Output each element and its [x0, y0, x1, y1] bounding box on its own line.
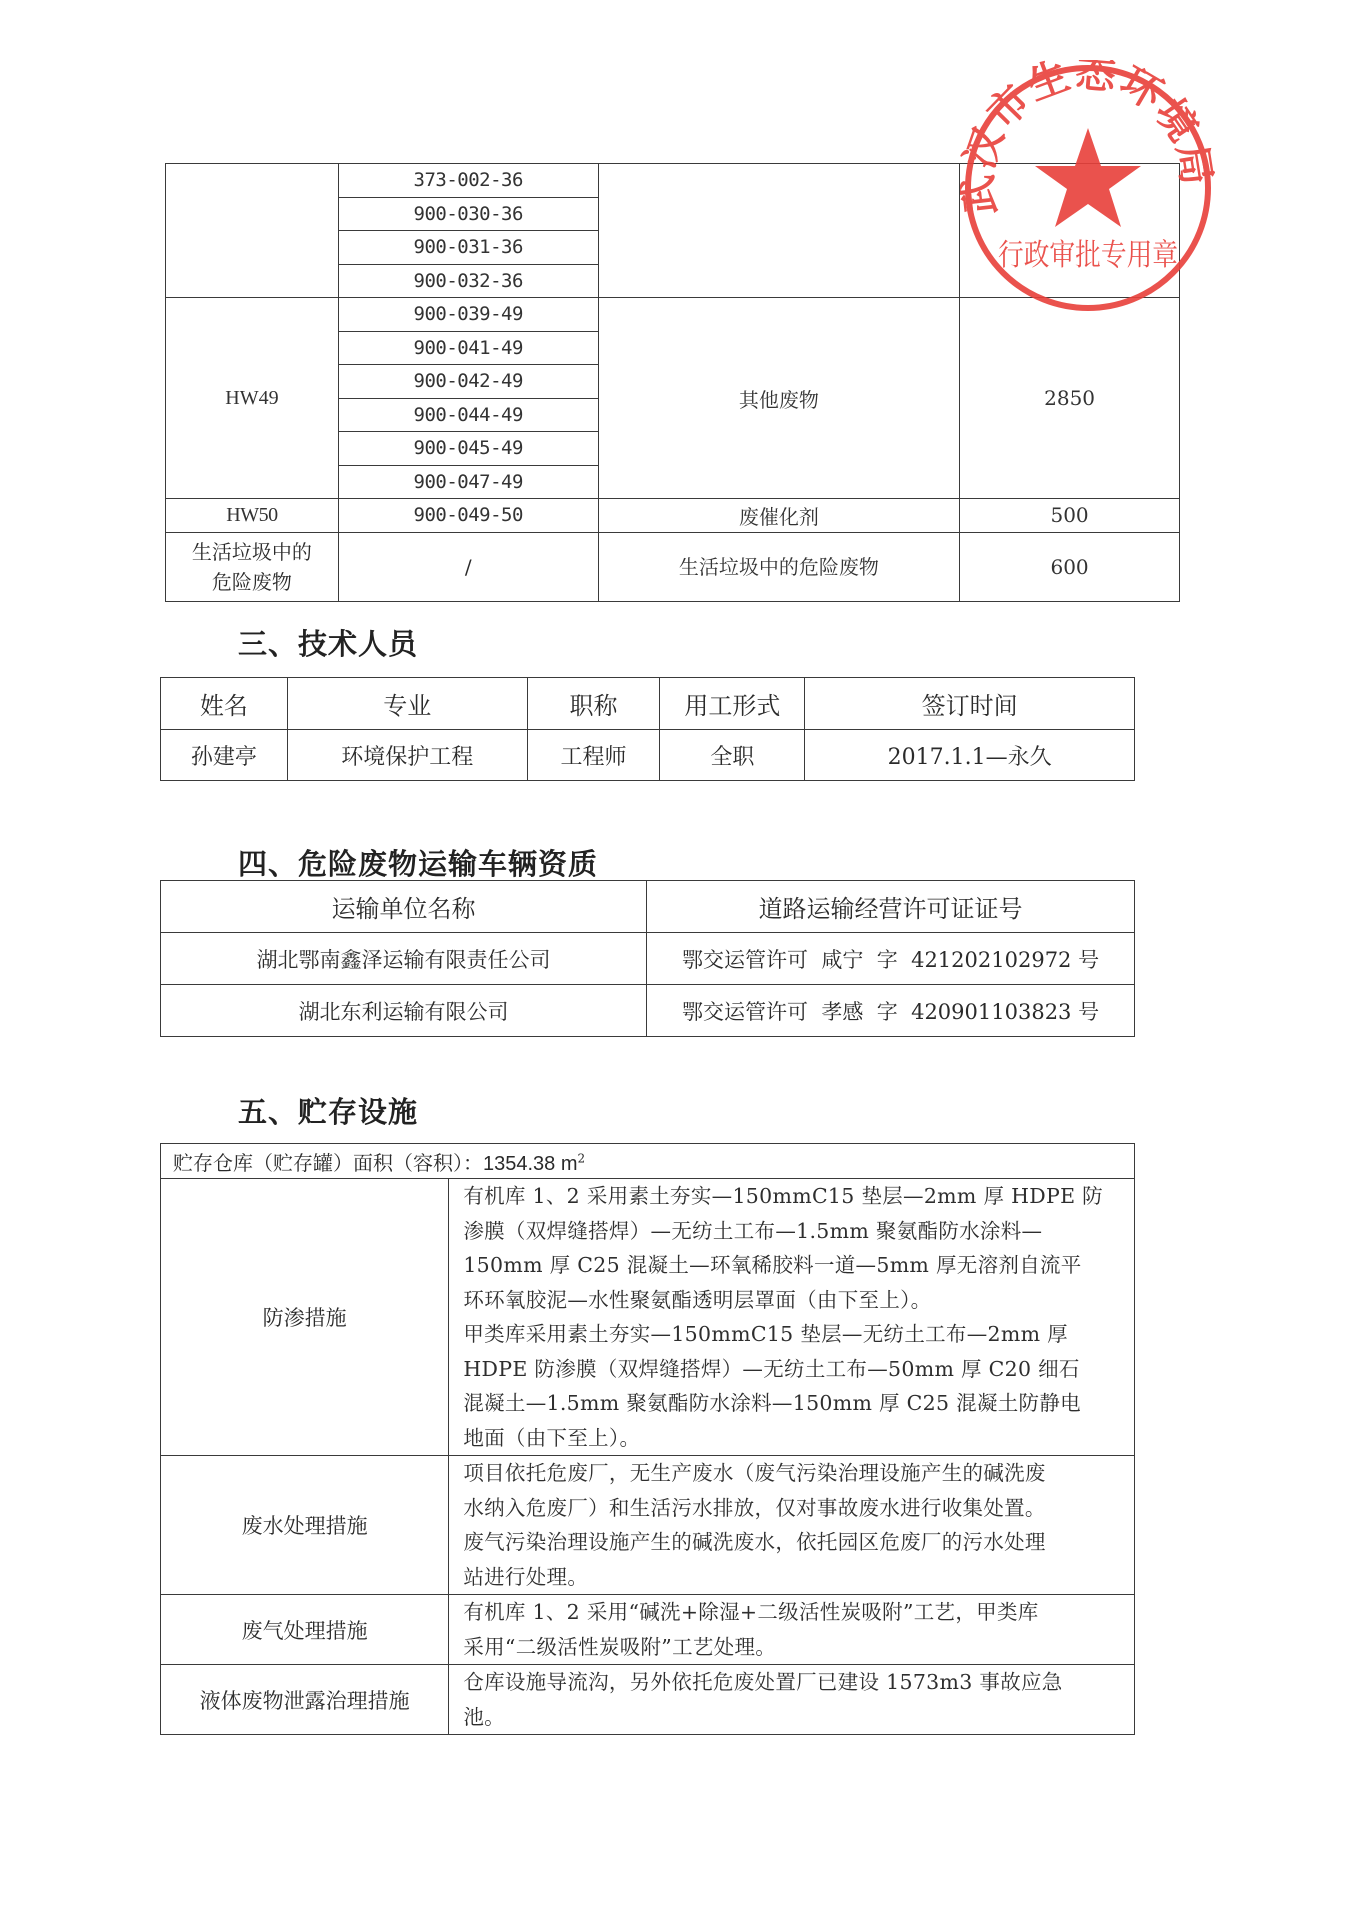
storage-area-cell: 贮存仓库（贮存罐）面积（容积）：1354.38 m2	[161, 1144, 1135, 1179]
transport-company-cell: 湖北东利运输有限公司	[161, 985, 647, 1037]
waste-code-cell: 900-045-49	[338, 432, 598, 466]
waste-code-cell: 900-049-50	[338, 499, 598, 533]
table-row: 生活垃圾中的 危险废物 / 生活垃圾中的危险废物 600	[166, 532, 1180, 601]
column-header: 职称	[527, 678, 660, 730]
table-header-row: 姓名 专业 职称 用工形式 签订时间	[161, 678, 1135, 730]
measure-label-cell: 防渗措施	[161, 1179, 449, 1456]
category-cell: 生活垃圾中的 危险废物	[166, 532, 339, 601]
text-line: 渗膜（双焊缝搭焊）—无纺土工布—1.5mm 聚氨酯防水涂料—	[463, 1214, 1124, 1249]
table-row: HW50 900-049-50 废催化剂 500	[166, 499, 1180, 533]
text-line: 项目依托危废厂，无生产废水（废气污染治理设施产生的碱洗废	[463, 1456, 1124, 1491]
license-number-cell: 鄂交运管许可 咸宁 字 421202102972 号	[647, 933, 1135, 985]
column-header: 道路运输经营许可证证号	[647, 881, 1135, 933]
waste-code-cell: 900-044-49	[338, 398, 598, 432]
category-line: 危险废物	[166, 567, 338, 597]
quantity-cell: 600	[960, 532, 1180, 601]
storage-facility-table: 贮存仓库（贮存罐）面积（容积）：1354.38 m2 防渗措施 有机库 1、2 …	[160, 1143, 1135, 1735]
text-line: 混凝土—1.5mm 聚氨酯防水涂料—150mm 厚 C25 混凝土防静电	[463, 1386, 1124, 1421]
text-line: 地面（由下至上）。	[463, 1421, 1124, 1456]
storage-area-label: 贮存仓库（贮存罐）面积（容积）：	[173, 1151, 483, 1175]
text-line: 仓库设施导流沟，另外依托危废处置厂已建设 1573m3 事故应急	[463, 1665, 1124, 1700]
measure-text-cell: 仓库设施导流沟，另外依托危废处置厂已建设 1573m3 事故应急 池。	[449, 1665, 1135, 1735]
text-line: 有机库 1、2 采用素土夯实—150mmC15 垫层—2mm 厚 HDPE 防	[463, 1179, 1124, 1214]
quantity-cell	[960, 164, 1180, 298]
measure-label-cell: 液体废物泄露治理措施	[161, 1665, 449, 1735]
waste-name-cell: 生活垃圾中的危险废物	[598, 532, 960, 601]
transport-company-cell: 湖北鄂南鑫泽运输有限责任公司	[161, 933, 647, 985]
text-line: 站进行处理。	[463, 1560, 1124, 1595]
text-line: 150mm 厚 C25 混凝土—环氧稀胶料一道—5mm 厚无溶剂自流平	[463, 1248, 1124, 1283]
quantity-cell: 500	[960, 499, 1180, 533]
staff-contract-cell: 2017.1.1—永久	[805, 730, 1135, 781]
measure-label-cell: 废水处理措施	[161, 1456, 449, 1595]
license-number-cell: 鄂交运管许可 孝感 字 420901103823 号	[647, 985, 1135, 1037]
waste-code-cell: 900-041-49	[338, 331, 598, 365]
waste-code-cell: 900-042-49	[338, 365, 598, 399]
section-heading-transport: 四、危险废物运输车辆资质	[238, 842, 598, 883]
measure-label-cell: 废气处理措施	[161, 1595, 449, 1665]
column-header: 用工形式	[660, 678, 805, 730]
text-line: 环环氧胶泥—水性聚氨酯透明层罩面（由下至上）。	[463, 1283, 1124, 1318]
transport-qualification-table: 运输单位名称 道路运输经营许可证证号 湖北鄂南鑫泽运输有限责任公司 鄂交运管许可…	[160, 880, 1135, 1037]
table-row: 废气处理措施 有机库 1、2 采用“碱洗+除湿+二级活性炭吸附”工艺，甲类库 采…	[161, 1595, 1135, 1665]
staff-major-cell: 环境保护工程	[287, 730, 527, 781]
quantity-cell: 2850	[960, 298, 1180, 499]
table-row: 孙建亭 环境保护工程 工程师 全职 2017.1.1—永久	[161, 730, 1135, 781]
column-header: 专业	[287, 678, 527, 730]
staff-title-cell: 工程师	[527, 730, 660, 781]
waste-name-cell	[598, 164, 960, 298]
measure-text-cell: 有机库 1、2 采用“碱洗+除湿+二级活性炭吸附”工艺，甲类库 采用“二级活性炭…	[449, 1595, 1135, 1665]
table-row: 废水处理措施 项目依托危废厂，无生产废水（废气污染治理设施产生的碱洗废 水纳入危…	[161, 1456, 1135, 1595]
text-line: 有机库 1、2 采用“碱洗+除湿+二级活性炭吸附”工艺，甲类库	[463, 1595, 1124, 1630]
storage-area-value: 1354.38 m	[483, 1153, 578, 1175]
measure-text-cell: 有机库 1、2 采用素土夯实—150mmC15 垫层—2mm 厚 HDPE 防 …	[449, 1179, 1135, 1456]
text-line: 水纳入危废厂）和生活污水排放，仅对事故废水进行收集处置。	[463, 1491, 1124, 1526]
waste-code-cell: 373-002-36	[338, 164, 598, 198]
waste-name-cell: 其他废物	[598, 298, 960, 499]
text-line: 池。	[463, 1700, 1124, 1735]
column-header: 签订时间	[805, 678, 1135, 730]
text-line: 采用“二级活性炭吸附”工艺处理。	[463, 1630, 1124, 1665]
waste-code-cell: 900-039-49	[338, 298, 598, 332]
table-header-row: 运输单位名称 道路运输经营许可证证号	[161, 881, 1135, 933]
technical-staff-table: 姓名 专业 职称 用工形式 签订时间 孙建亭 环境保护工程 工程师 全职 201…	[160, 677, 1135, 781]
waste-code-cell: 900-047-49	[338, 465, 598, 499]
category-cell: HW49	[166, 298, 339, 499]
table-row: 湖北东利运输有限公司 鄂交运管许可 孝感 字 420901103823 号	[161, 985, 1135, 1037]
waste-code-cell: /	[338, 532, 598, 601]
column-header: 姓名	[161, 678, 288, 730]
text-line: 甲类库采用素土夯实—150mmC15 垫层—无纺土工布—2mm 厚	[463, 1317, 1124, 1352]
staff-employment-cell: 全职	[660, 730, 805, 781]
waste-code-cell: 900-030-36	[338, 197, 598, 231]
table-row: 湖北鄂南鑫泽运输有限责任公司 鄂交运管许可 咸宁 字 421202102972 …	[161, 933, 1135, 985]
category-line: 生活垃圾中的	[166, 537, 338, 567]
measure-text-cell: 项目依托危废厂，无生产废水（废气污染治理设施产生的碱洗废 水纳入危废厂）和生活污…	[449, 1456, 1135, 1595]
waste-name-cell: 废催化剂	[598, 499, 960, 533]
column-header: 运输单位名称	[161, 881, 647, 933]
category-cell: HW50	[166, 499, 339, 533]
category-cell	[166, 164, 339, 298]
section-heading-technical-staff: 三、技术人员	[238, 622, 418, 663]
table-row: 液体废物泄露治理措施 仓库设施导流沟，另外依托危废处置厂已建设 1573m3 事…	[161, 1665, 1135, 1735]
text-line: 废气污染治理设施产生的碱洗废水，依托园区危废厂的污水处理	[463, 1525, 1124, 1560]
table-row: HW49 900-039-49 其他废物 2850	[166, 298, 1180, 332]
waste-category-table: 373-002-36 900-030-36 900-031-36 900-032…	[165, 163, 1180, 602]
text-line: HDPE 防渗膜（双焊缝搭焊）—无纺土工布—50mm 厚 C20 细石	[463, 1352, 1124, 1387]
table-row: 373-002-36	[166, 164, 1180, 198]
staff-name-cell: 孙建亭	[161, 730, 288, 781]
table-row: 防渗措施 有机库 1、2 采用素土夯实—150mmC15 垫层—2mm 厚 HD…	[161, 1179, 1135, 1456]
storage-area-unit-sup: 2	[578, 1151, 586, 1165]
section-heading-storage: 五、贮存设施	[238, 1090, 418, 1131]
waste-code-cell: 900-031-36	[338, 231, 598, 265]
storage-area-row: 贮存仓库（贮存罐）面积（容积）：1354.38 m2	[161, 1144, 1135, 1179]
waste-code-cell: 900-032-36	[338, 264, 598, 298]
